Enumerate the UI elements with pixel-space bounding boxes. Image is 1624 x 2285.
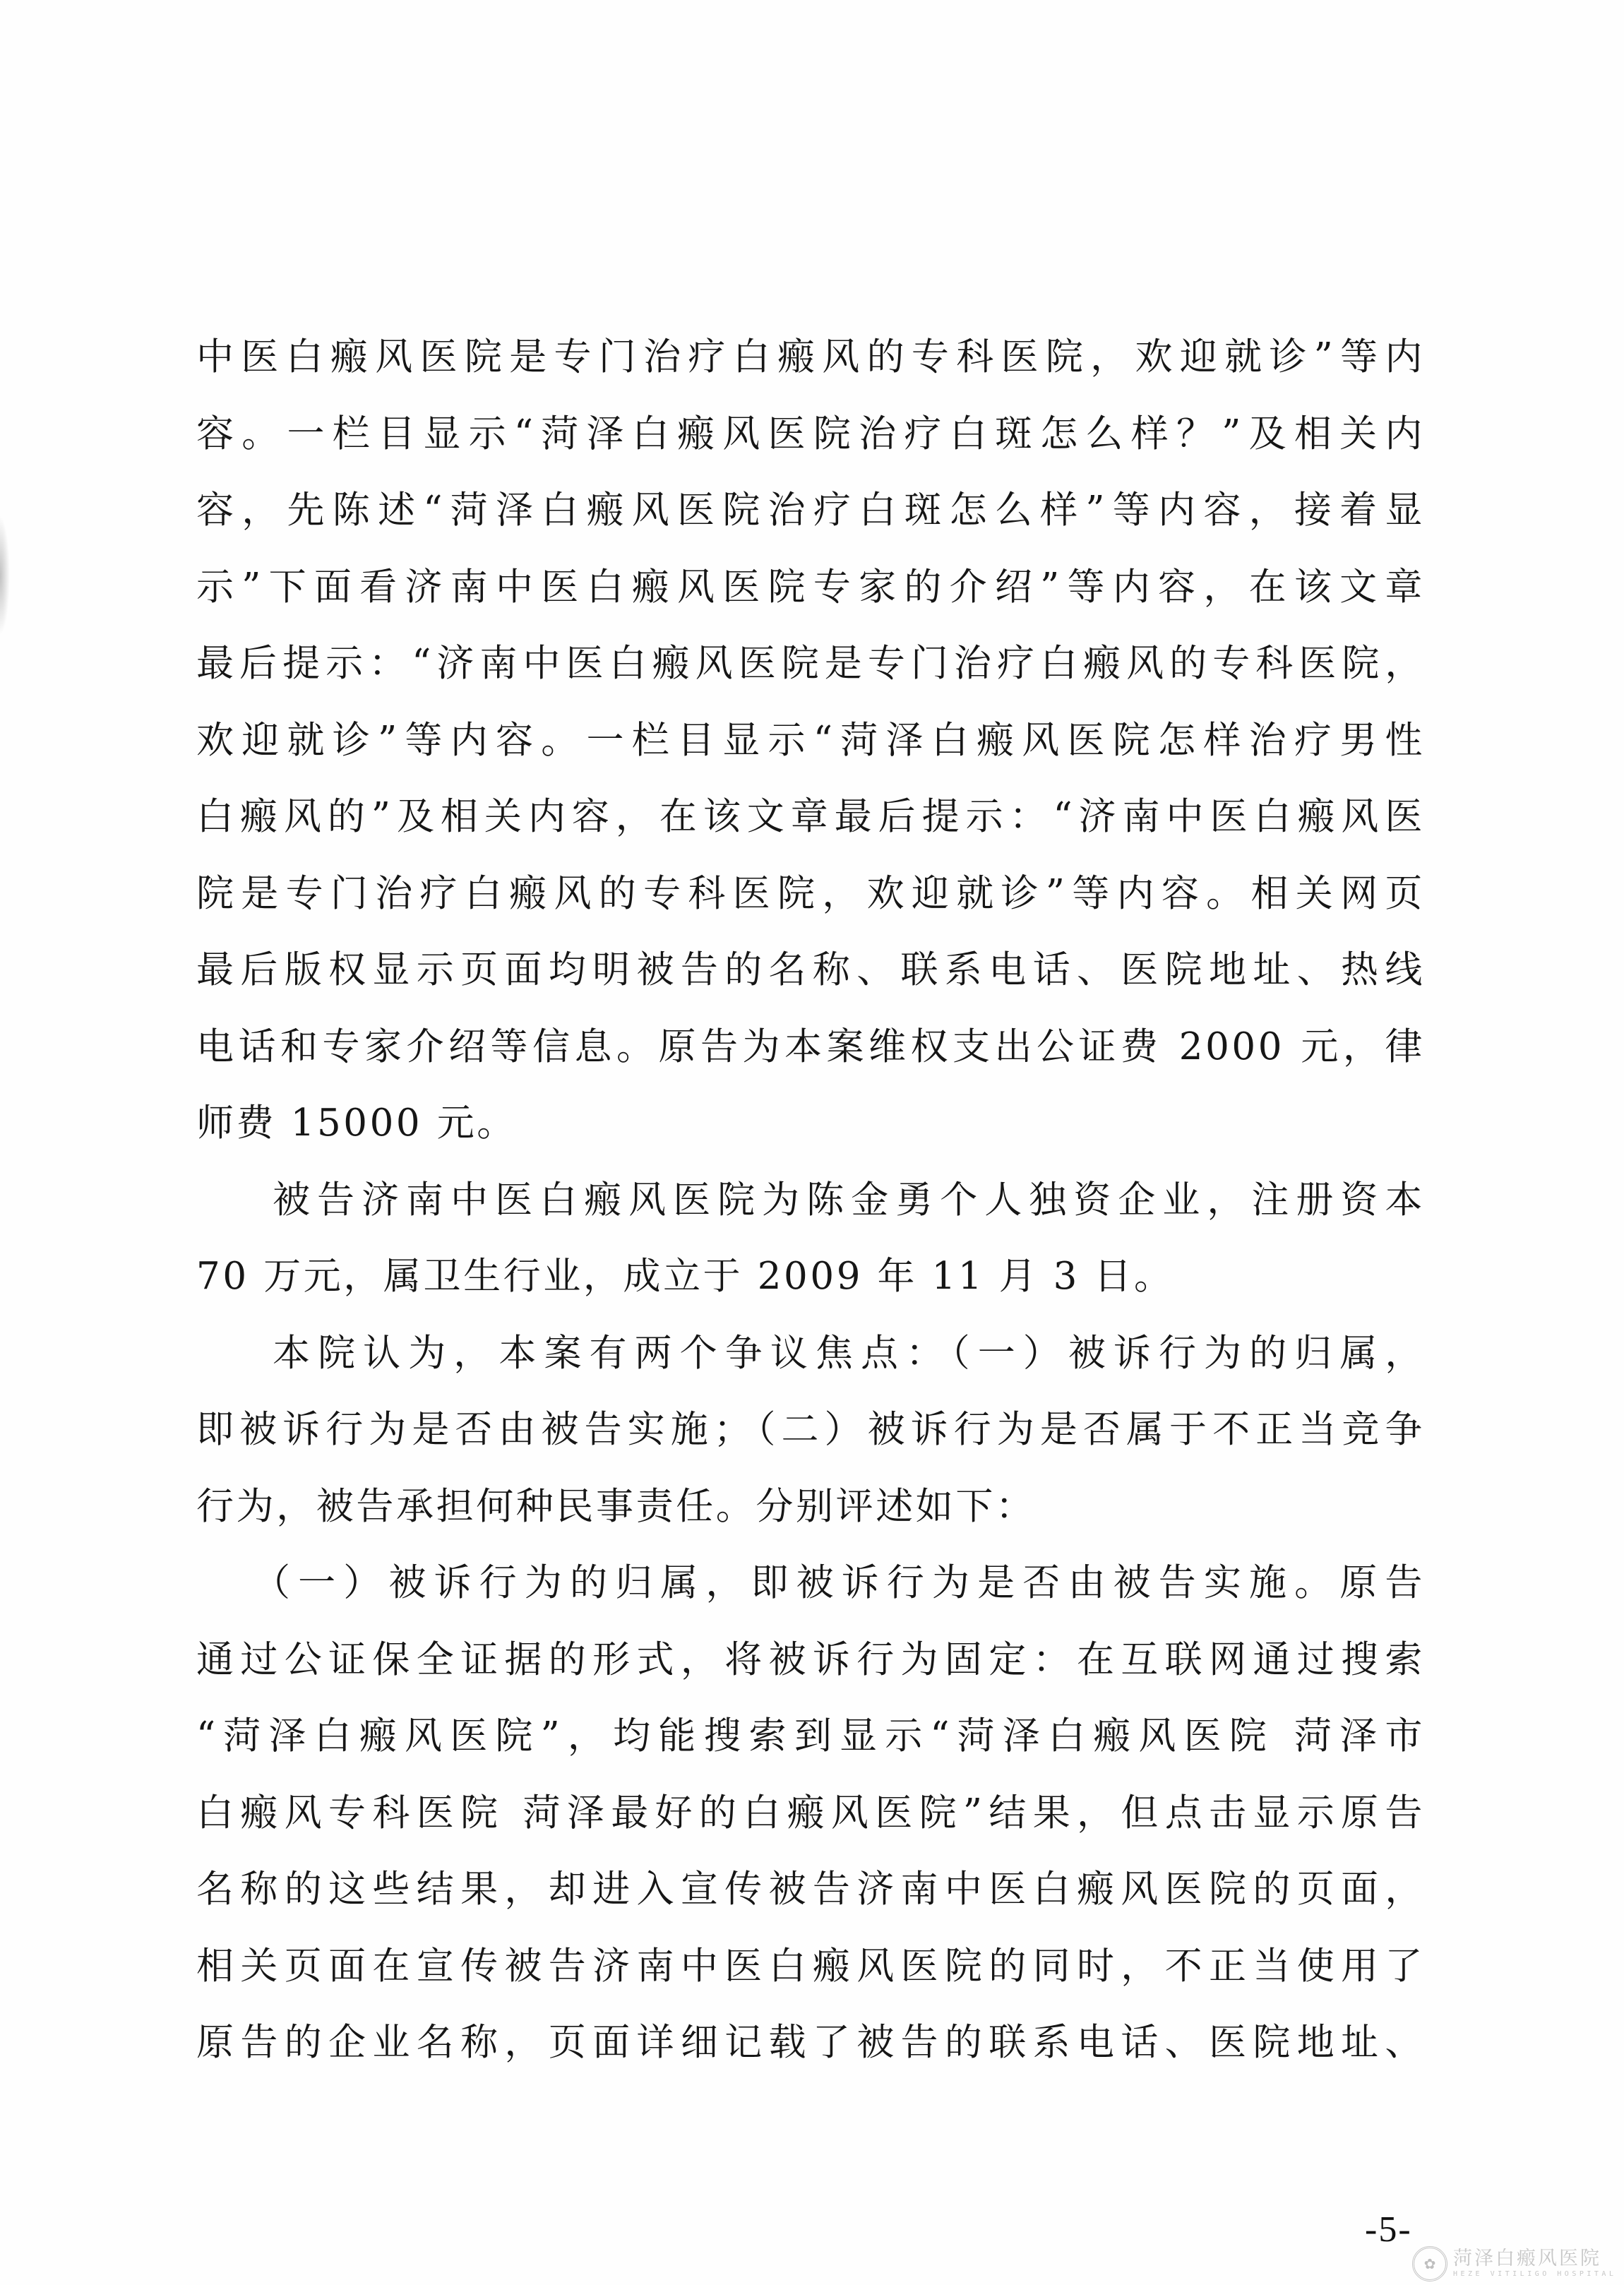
paragraph-start-line: 被告济南中医白瘢风医院为陈金勇个人独资企业，注册资本	[196, 1162, 1425, 1239]
text-line: 原告的企业名称，页面详细记载了被告的联系电话、医院地址、	[196, 2005, 1425, 2082]
watermark-text: 菏泽白瘢风医院 HEZE VITILIGO HOSPITAL	[1453, 2248, 1616, 2279]
watermark-name-en: HEZE VITILIGO HOSPITAL	[1453, 2269, 1616, 2279]
text-line: 示”下面看济南中医白瘢风医院专家的介绍”等内容，在该文章	[196, 549, 1425, 626]
paragraph-start-line: 本院认为，本案有两个争议焦点：（一）被诉行为的归属，	[196, 1315, 1425, 1392]
text-line: 即被诉行为是否由被告实施；（二）被诉行为是否属于不正当竞争	[196, 1392, 1425, 1469]
text-line: “菏泽白瘢风医院”，均能搜索到显示“菏泽白瘢风医院 菏泽市	[196, 1698, 1425, 1775]
text-line: 欢迎就诊”等内容。一栏目显示“菏泽白瘢风医院怎样治疗男性	[196, 703, 1425, 780]
scan-artifact	[0, 515, 10, 636]
page-number: -5-	[1365, 2209, 1412, 2250]
watermark-name-cn: 菏泽白瘢风医院	[1453, 2248, 1616, 2269]
text-line: 名称的这些结果，却进入宣传被告济南中医白瘢风医院的页面，	[196, 1851, 1425, 1928]
text-line: 相关页面在宣传被告济南中医白瘢风医院的同时，不正当使用了	[196, 1928, 1425, 2005]
text-line: 院是专门治疗白瘢风的专科医院，欢迎就诊”等内容。相关网页	[196, 856, 1425, 933]
text-line: 行为，被告承担何种民事责任。分别评述如下：	[196, 1469, 1425, 1546]
text-line: 中医白瘢风医院是专门治疗白瘢风的专科医院，欢迎就诊”等内	[196, 319, 1425, 396]
text-line: 白瘢风的”及相关内容，在该文章最后提示：“济南中医白瘢风医	[196, 779, 1425, 856]
text-line: 通过公证保全证据的形式，将被诉行为固定：在互联网通过搜索	[196, 1622, 1425, 1699]
text-line: 师费 15000 元。	[196, 1085, 1425, 1162]
document-body: 中医白瘢风医院是专门治疗白瘢风的专科医院，欢迎就诊”等内 容。一栏目显示“菏泽白…	[196, 319, 1425, 2082]
hospital-seal-icon: ✿	[1412, 2246, 1447, 2281]
text-line: 容，先陈述“菏泽白瘢风医院治疗白斑怎么样”等内容，接着显	[196, 472, 1425, 549]
text-line: 最后版权显示页面均明被告的名称、联系电话、医院地址、热线	[196, 932, 1425, 1009]
text-line: 最后提示：“济南中医白瘢风医院是专门治疗白瘢风的专科医院，	[196, 626, 1425, 703]
text-line: 容。一栏目显示“菏泽白瘢风医院治疗白斑怎么样？”及相关内	[196, 396, 1425, 473]
text-line: 电话和专家介绍等信息。原告为本案维权支出公证费 2000 元，律	[196, 1009, 1425, 1086]
text-line: 白瘢风专科医院 菏泽最好的白瘢风医院”结果，但点击显示原告	[196, 1775, 1425, 1852]
hospital-watermark: ✿ 菏泽白瘢风医院 HEZE VITILIGO HOSPITAL	[1412, 2242, 1624, 2285]
section-heading-line: （一）被诉行为的归属，即被诉行为是否由被告实施。原告	[196, 1545, 1425, 1622]
text-line: 70 万元，属卫生行业，成立于 2009 年 11 月 3 日。	[196, 1239, 1425, 1315]
document-page: 中医白瘢风医院是专门治疗白瘢风的专科医院，欢迎就诊”等内 容。一栏目显示“菏泽白…	[0, 0, 1624, 2285]
